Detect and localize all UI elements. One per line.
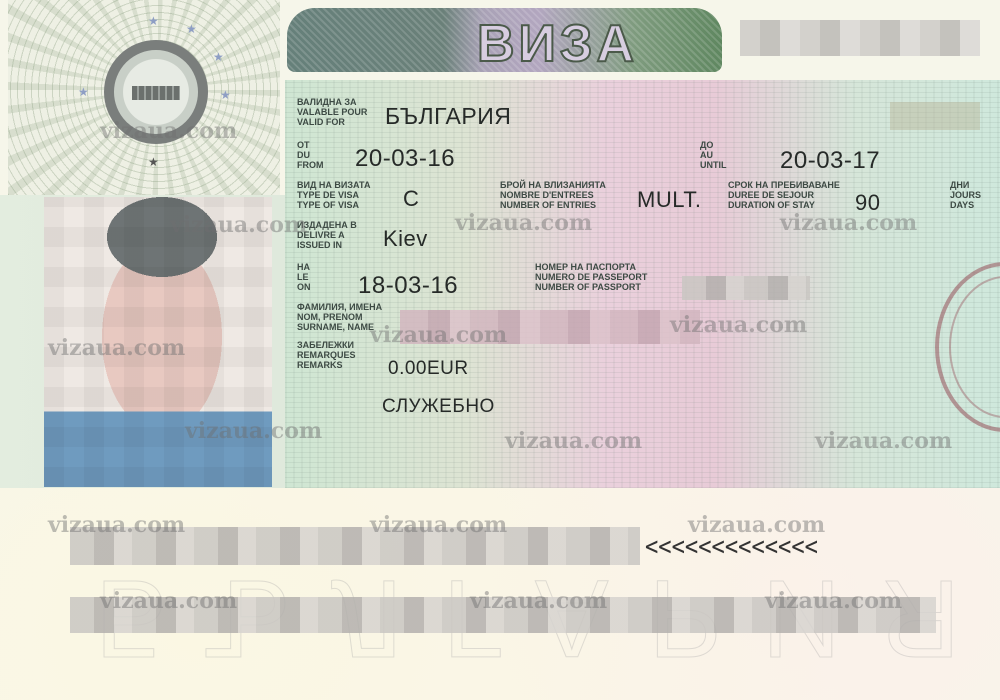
mrz-line-1-redacted [70,527,640,565]
star-icon: ★ [78,85,89,99]
label-en: ON [297,282,311,292]
emblem-bar [132,86,180,100]
from-date-value: 20-03-16 [355,145,455,173]
issue-date-label: НА LE ON [297,262,311,292]
label-en: SURNAME, NAME [297,322,382,332]
redacted-serial-number [740,20,980,56]
label-fr: DELIVRE A [297,230,357,240]
surname-name-label: ФАМИЛИЯ, ИМЕНА NOM, PRENOM SURNAME, NAME [297,302,382,332]
passport-number-redacted [682,276,810,300]
until-date-value: 20-03-17 [780,147,880,175]
until-label: ДО AU UNTIL [700,140,727,170]
remarks-official-value: СЛУЖЕБНО [382,396,495,418]
label-bg: НОМЕР НА ПАСПОРТА [535,262,647,272]
label-en: NUMBER OF PASSPORT [535,282,647,292]
number-of-entries-label: БРОЙ НА ВЛИЗАНИЯТА NOMBRE D'ENTREES NUMB… [500,180,606,210]
label-fr: AU [700,150,727,160]
surname-name-redacted [400,310,700,344]
label-bg: СРОК НА ПРЕБИВАВАНЕ [728,180,840,190]
label-bg: ЗАБЕЛЕЖКИ [297,340,356,350]
holder-photo-pixelated [44,197,272,487]
valid-for-value: БЪЛГАРИЯ [385,103,511,130]
label-en: DAYS [950,200,981,210]
label-fr: DU [297,150,324,160]
label-fr: DUREE DE SEJOUR [728,190,840,200]
valid-for-label: ВАЛИДНА ЗА VALABLE POUR VALID FOR [297,97,367,127]
mrz-line-1-filler: <<<<<<<<<<<<< [645,532,818,562]
type-of-visa-value: C [403,186,419,212]
label-fr: VALABLE POUR [297,107,367,117]
guilloche-rosette: ★ ★ ★ ★ ★ ★ [8,0,280,195]
label-bg: ФАМИЛИЯ, ИМЕНА [297,302,382,312]
label-bg: ОТ [297,140,324,150]
label-en: FROM [297,160,324,170]
days-unit-label: ДНИ JOURS DAYS [950,180,981,210]
label-bg: НА [297,262,311,272]
hologram-emblem-icon [104,40,208,144]
label-en: VALID FOR [297,117,367,127]
visa-banner: ВИЗА [287,8,722,72]
number-of-entries-value: MULT. [637,187,701,213]
remarks-label: ЗАБЕЛЕЖКИ REMARQUES REMARKS [297,340,356,370]
label-fr: NOM, PRENOM [297,312,382,322]
duration-of-stay-label: СРОК НА ПРЕБИВАВАНЕ DUREE DE SEJOUR DURA… [728,180,840,210]
label-en: ISSUED IN [297,240,357,250]
visa-page: ★ ★ ★ ★ ★ ★ ВИЗА ВАЛИДНА ЗА VALABLE POUR… [0,0,1000,700]
issued-in-label: ИЗДАДЕНА В DELIVRE A ISSUED IN [297,220,357,250]
label-bg: ИЗДАДЕНА В [297,220,357,230]
label-fr: TYPE DE VISA [297,190,370,200]
remarks-fee-value: 0.00EUR [388,358,469,380]
star-icon: ★ [220,88,231,102]
passport-number-label: НОМЕР НА ПАСПОРТА NUMERO DE PASSEPORT NU… [535,262,647,292]
label-fr: LE [297,272,311,282]
issue-date-value: 18-03-16 [358,272,458,300]
mrz-line-2-redacted [70,597,936,633]
star-icon: ★ [148,14,159,28]
star-icon: ★ [213,50,224,64]
issued-in-value: Kiev [383,226,428,252]
label-bg: ДО [700,140,727,150]
label-bg: БРОЙ НА ВЛИЗАНИЯТА [500,180,606,190]
label-en: UNTIL [700,160,727,170]
label-bg: ВИД НА ВИЗАТА [297,180,370,190]
from-label: ОТ DU FROM [297,140,324,170]
country-mark [890,102,980,130]
label-fr: JOURS [950,190,981,200]
label-fr: NOMBRE D'ENTREES [500,190,606,200]
label-en: NUMBER OF ENTRIES [500,200,606,210]
label-fr: NUMERO DE PASSEPORT [535,272,647,282]
label-bg: ДНИ [950,180,981,190]
star-icon: ★ [186,22,197,36]
type-of-visa-label: ВИД НА ВИЗАТА TYPE DE VISA TYPE OF VISA [297,180,370,210]
banner-title: ВИЗА [477,14,638,72]
label-en: REMARKS [297,360,356,370]
label-bg: ВАЛИДНА ЗА [297,97,367,107]
label-fr: REMARQUES [297,350,356,360]
star-icon: ★ [148,155,159,169]
duration-of-stay-value: 90 [855,190,880,216]
label-en: TYPE OF VISA [297,200,370,210]
label-en: DURATION OF STAY [728,200,840,210]
